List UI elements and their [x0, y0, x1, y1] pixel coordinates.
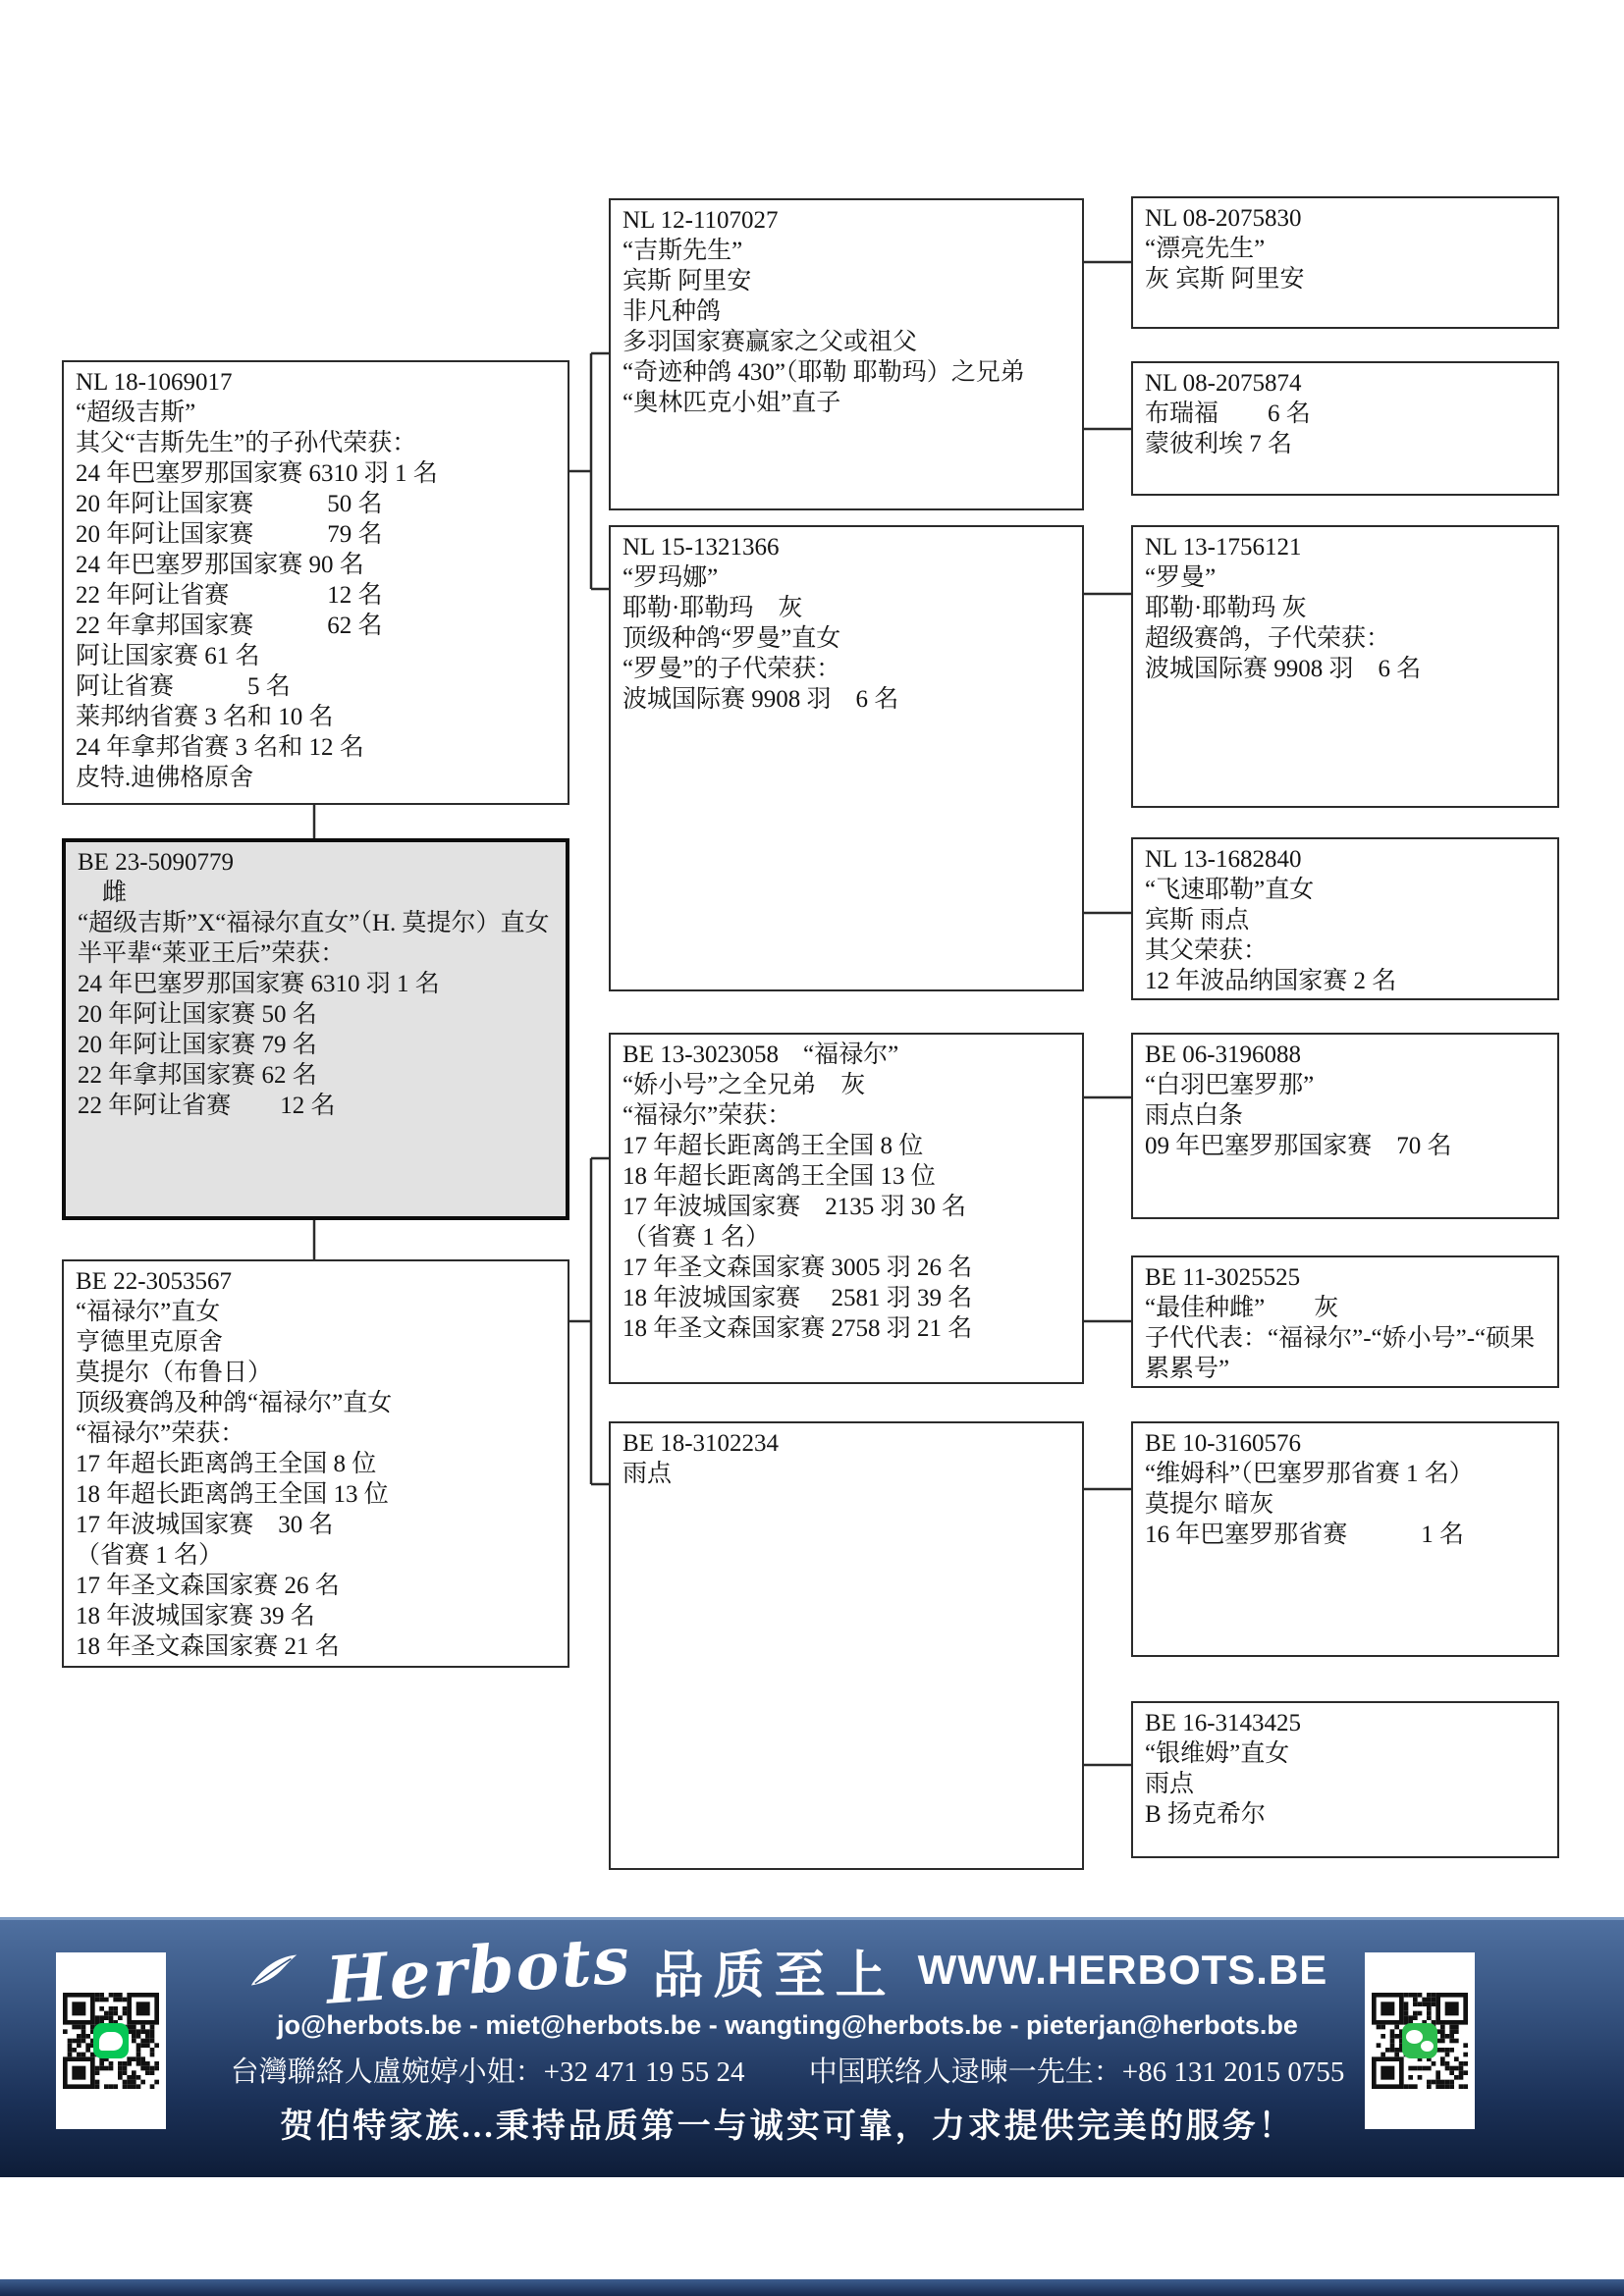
- pedigree-line: “最佳种雌” 灰: [1145, 1293, 1545, 1323]
- pedigree-line: “奥林匹克小姐”直子: [623, 388, 1070, 418]
- pedigree-line: 18 年超长距离鸽王全国 13 位: [76, 1479, 556, 1510]
- pedigree-line: 20 年阿让国家赛 50 名: [78, 999, 554, 1030]
- pedigree-line: 20 年阿让国家赛 79 名: [78, 1030, 554, 1060]
- pedigree-line: “福禄尔”荣获：: [76, 1418, 556, 1449]
- pedigree-box-R4: NL 13-1682840“飞速耶勒”直女宾斯 雨点其父荣获：12 年波品纳国家…: [1131, 837, 1559, 1000]
- pedigree-line: NL 08-2075874: [1145, 368, 1545, 399]
- brand-row: Herbots 品质至上 WWW.HERBOTS.BE: [216, 1930, 1359, 2010]
- pedigree-line: 09 年巴塞罗那国家赛 70 名: [1145, 1131, 1545, 1161]
- pedigree-line: 雨点白条: [1145, 1100, 1545, 1131]
- pedigree-box-C: BE 22-3053567“福禄尔”直女亨德里克原舍莫提尔（布鲁日）顶级赛鸽及种…: [62, 1259, 569, 1668]
- pedigree-line: NL 15-1321366: [623, 532, 1070, 562]
- pedigree-line: 超级赛鸽，子代荣获：: [1145, 623, 1545, 654]
- pedigree-line: 多羽国家赛赢家之父或祖父: [623, 327, 1070, 357]
- pedigree-line: 莱邦纳省赛 3 名和 10 名: [76, 702, 556, 732]
- pedigree-line: 22 年拿邦国家赛 62 名: [78, 1060, 554, 1091]
- pedigree-line: 22 年阿让省赛 12 名: [76, 580, 556, 611]
- pedigree-box-E: NL 15-1321366“罗玛娜”耶勒·耶勒玛 灰顶级种鸽“罗曼”直女“罗曼”…: [609, 525, 1084, 991]
- pedigree-line: 20 年阿让国家赛 79 名: [76, 519, 556, 550]
- wechat-qr-code: [1365, 1952, 1475, 2129]
- pedigree-line: 17 年波城国家赛 30 名: [76, 1510, 556, 1540]
- pedigree-line: （省赛 1 名）: [623, 1222, 1070, 1253]
- pedigree-line: “福禄尔”直女: [76, 1297, 556, 1327]
- pedigree-line: 18 年波城国家赛 39 名: [76, 1601, 556, 1631]
- pedigree-line: “超级吉斯”: [76, 398, 556, 428]
- pedigree-line: 22 年拿邦国家赛 62 名: [76, 611, 556, 641]
- pedigree-line: “罗曼”: [1145, 562, 1545, 593]
- pedigree-line: 24 年巴塞罗那国家赛 6310 羽 1 名: [76, 458, 556, 489]
- pedigree-line: “罗曼”的子代荣获：: [623, 654, 1070, 684]
- pedigree-line: 半平辈“莱亚王后”荣获：: [78, 938, 554, 969]
- pedigree-box-R2: NL 08-2075874布瑞福 6 名蒙彼利埃 7 名: [1131, 361, 1559, 496]
- pedigree-line: 17 年超长距离鸽王全国 8 位: [623, 1131, 1070, 1161]
- contact-phones: 台灣聯絡人盧婉婷小姐：+32 471 19 55 24 中国联络人逯暕一先生：+…: [216, 2050, 1359, 2090]
- pedigree-line: 其父荣获：: [1145, 935, 1545, 966]
- pedigree-line: NL 18-1069017: [76, 367, 556, 398]
- pedigree-line: 雨点: [623, 1459, 1070, 1489]
- pedigree-line: 阿让省赛 5 名: [76, 671, 556, 702]
- line-icon: [93, 2023, 129, 2058]
- pedigree-line: 顶级赛鸽及种鸽“福禄尔”直女: [76, 1388, 556, 1418]
- pedigree-line: 莫提尔 暗灰: [1145, 1489, 1545, 1520]
- pedigree-line: 雌: [78, 878, 554, 908]
- pedigree-line: BE 22-3053567: [76, 1266, 556, 1297]
- pedigree-box-R3: NL 13-1756121“罗曼”耶勒·耶勒玛 灰超级赛鸽，子代荣获：波城国际赛…: [1131, 525, 1559, 808]
- pedigree-line: NL 12-1107027: [623, 205, 1070, 236]
- pedigree-line: NL 13-1756121: [1145, 532, 1545, 562]
- pedigree-line: NL 08-2075830: [1145, 203, 1545, 234]
- pedigree-line: 布瑞福 6 名: [1145, 399, 1545, 429]
- contact-china: 中国联络人逯暕一先生：+86 131 2015 0755: [809, 2056, 1345, 2088]
- pedigree-line: NL 13-1682840: [1145, 844, 1545, 875]
- pedigree-line: “白羽巴塞罗那”: [1145, 1070, 1545, 1100]
- pedigree-line: “奇迹种鸽 430”（耶勒 耶勒玛）之兄弟: [623, 357, 1070, 388]
- pedigree-line: 皮特.迪佛格原舍: [76, 763, 556, 793]
- footer-slogan: 贺伯特家族...秉持品质第一与诚实可靠，力求提供完美的服务！: [216, 2099, 1359, 2147]
- pedigree-line: 波城国际赛 9908 羽 6 名: [1145, 654, 1545, 684]
- pedigree-line: 耶勒·耶勒玛 灰: [1145, 593, 1545, 623]
- wechat-icon: [1402, 2023, 1437, 2058]
- pedigree-line: “娇小号”之全兄弟 灰: [623, 1070, 1070, 1100]
- pedigree-line: “维姆科”（巴塞罗那省赛 1 名）: [1145, 1459, 1545, 1489]
- pedigree-line: “福禄尔”荣获：: [623, 1100, 1070, 1131]
- pedigree-box-R1: NL 08-2075830“漂亮先生”灰 宾斯 阿里安: [1131, 196, 1559, 329]
- pedigree-line: 耶勒·耶勒玛 灰: [623, 593, 1070, 623]
- pedigree-box-G: BE 18-3102234雨点: [609, 1421, 1084, 1870]
- pedigree-box-R6: BE 11-3025525“最佳种雌” 灰子代代表：“福禄尔”-“娇小号”-“硕…: [1131, 1255, 1559, 1388]
- pedigree-line: 非凡种鸽: [623, 296, 1070, 327]
- pedigree-line: BE 18-3102234: [623, 1428, 1070, 1459]
- pedigree-line: 宾斯 雨点: [1145, 905, 1545, 935]
- pedigree-line: 20 年阿让国家赛 50 名: [76, 489, 556, 519]
- pedigree-line: （省赛 1 名）: [76, 1540, 556, 1571]
- pedigree-line: 18 年圣文森国家赛 21 名: [76, 1631, 556, 1662]
- pedigree-line: 18 年波城国家赛 2581 羽 39 名: [623, 1283, 1070, 1313]
- pedigree-line: 莫提尔（布鲁日）: [76, 1358, 556, 1388]
- pedigree-line: 24 年拿邦省赛 3 名和 12 名: [76, 732, 556, 763]
- brand-logo: Herbots: [323, 1921, 633, 2019]
- pedigree-line: 雨点: [1145, 1769, 1545, 1799]
- pedigree-box-A: NL 18-1069017“超级吉斯”其父“吉斯先生”的子孙代荣获：24 年巴塞…: [62, 360, 569, 805]
- pedigree-page: NL 18-1069017“超级吉斯”其父“吉斯先生”的子孙代荣获：24 年巴塞…: [0, 0, 1624, 2296]
- pedigree-line: “超级吉斯”X“福禄尔直女”（H. 莫提尔）直女: [78, 908, 554, 938]
- pedigree-line: “罗玛娜”: [623, 562, 1070, 593]
- pedigree-line: BE 06-3196088: [1145, 1040, 1545, 1070]
- contact-emails: jo@herbots.be - miet@herbots.be - wangti…: [216, 2010, 1359, 2041]
- pedigree-line: B 扬克希尔: [1145, 1799, 1545, 1830]
- footer-banner: Herbots 品质至上 WWW.HERBOTS.BE jo@herbots.b…: [0, 1917, 1624, 2177]
- brand-slogan: 品质至上: [653, 1934, 896, 2007]
- pedigree-box-R5: BE 06-3196088“白羽巴塞罗那”雨点白条09 年巴塞罗那国家赛 70 …: [1131, 1033, 1559, 1219]
- pedigree-line: 顶级种鸽“罗曼”直女: [623, 623, 1070, 654]
- pedigree-line: “吉斯先生”: [623, 236, 1070, 266]
- pedigree-line: 12 年波品纳国家赛 2 名: [1145, 966, 1545, 996]
- pedigree-line: 宾斯 阿里安: [623, 266, 1070, 296]
- pedigree-line: 24 年巴塞罗那国家赛 90 名: [76, 550, 556, 580]
- pedigree-line: BE 10-3160576: [1145, 1428, 1545, 1459]
- pedigree-line: 阿让国家赛 61 名: [76, 641, 556, 671]
- pedigree-line: 22 年阿让省赛 12 名: [78, 1091, 554, 1121]
- pedigree-line: 24 年巴塞罗那国家赛 6310 羽 1 名: [78, 969, 554, 999]
- pedigree-line: “飞速耶勒”直女: [1145, 875, 1545, 905]
- pedigree-line: 18 年圣文森国家赛 2758 羽 21 名: [623, 1313, 1070, 1344]
- feather-icon: [247, 1950, 304, 1990]
- pedigree-line: 17 年波城国家赛 2135 羽 30 名: [623, 1192, 1070, 1222]
- pedigree-line: 其父“吉斯先生”的子孙代荣获：: [76, 428, 556, 458]
- pedigree-line: BE 13-3023058 “福禄尔”: [623, 1040, 1070, 1070]
- pedigree-line: 17 年超长距离鸽王全国 8 位: [76, 1449, 556, 1479]
- pedigree-line: BE 11-3025525: [1145, 1262, 1545, 1293]
- pedigree-line: “漂亮先生”: [1145, 234, 1545, 264]
- pedigree-line: “银维姆”直女: [1145, 1738, 1545, 1769]
- pedigree-line: BE 23-5090779: [78, 847, 554, 878]
- line-qr-code: [56, 1952, 166, 2129]
- pedigree-box-F: BE 13-3023058 “福禄尔”“娇小号”之全兄弟 灰“福禄尔”荣获：17…: [609, 1033, 1084, 1384]
- pedigree-line: 18 年超长距离鸽王全国 13 位: [623, 1161, 1070, 1192]
- pedigree-line: 灰 宾斯 阿里安: [1145, 264, 1545, 294]
- pedigree-line: BE 16-3143425: [1145, 1708, 1545, 1738]
- contact-taiwan: 台灣聯絡人盧婉婷小姐：+32 471 19 55 24: [231, 2056, 745, 2088]
- footer-content: Herbots 品质至上 WWW.HERBOTS.BE jo@herbots.b…: [216, 1930, 1359, 2147]
- pedigree-line: 波城国际赛 9908 羽 6 名: [623, 684, 1070, 715]
- pedigree-line: 亨德里克原舍: [76, 1327, 556, 1358]
- pedigree-line: 子代代表：“福禄尔”-“娇小号”-“硕果累累号”: [1145, 1323, 1545, 1384]
- pedigree-box-R8: BE 16-3143425“银维姆”直女雨点B 扬克希尔: [1131, 1701, 1559, 1858]
- pedigree-line: 16 年巴塞罗那省赛 1 名: [1145, 1520, 1545, 1550]
- pedigree-line: 17 年圣文森国家赛 26 名: [76, 1571, 556, 1601]
- pedigree-box-B: BE 23-5090779 雌“超级吉斯”X“福禄尔直女”（H. 莫提尔）直女半…: [62, 838, 569, 1220]
- website-url: WWW.HERBOTS.BE: [918, 1947, 1328, 1994]
- pedigree-line: 17 年圣文森国家赛 3005 羽 26 名: [623, 1253, 1070, 1283]
- bottom-bar: [0, 2279, 1624, 2296]
- pedigree-box-D: NL 12-1107027“吉斯先生”宾斯 阿里安非凡种鸽多羽国家赛赢家之父或祖…: [609, 198, 1084, 510]
- pedigree-box-R7: BE 10-3160576“维姆科”（巴塞罗那省赛 1 名）莫提尔 暗灰16 年…: [1131, 1421, 1559, 1657]
- pedigree-line: 蒙彼利埃 7 名: [1145, 429, 1545, 459]
